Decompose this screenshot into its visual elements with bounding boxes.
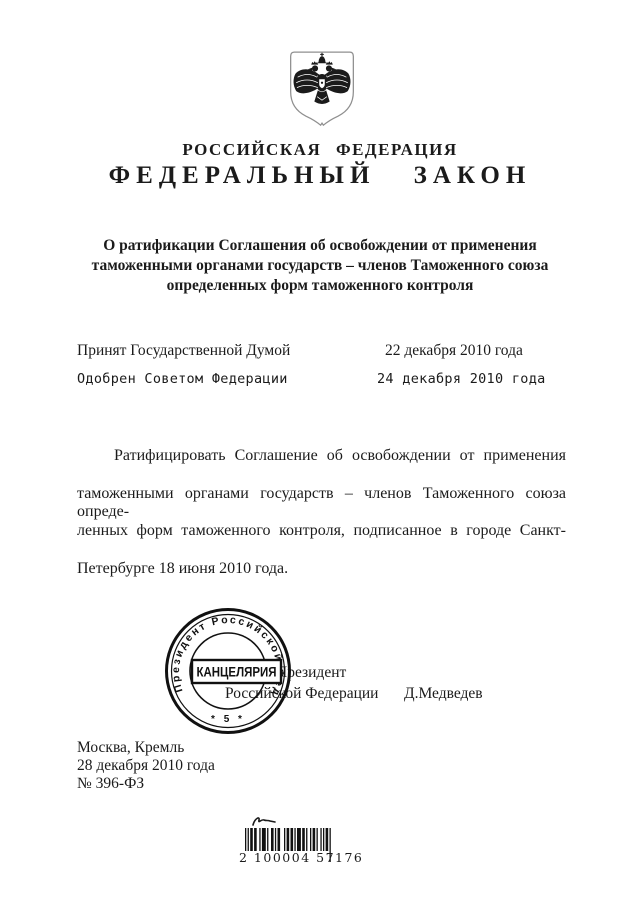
council-approval-date: 24 декабря 2010 года bbox=[377, 371, 546, 387]
signature-post-line1: Президент bbox=[276, 664, 346, 682]
document-type-heading: ФЕДЕРАЛЬНЫЙ ЗАКОН bbox=[0, 162, 640, 190]
body-line: Петербурге 18 июня 2010 года. bbox=[77, 560, 566, 598]
law-title-line-1: О ратификации Соглашения об освобождении… bbox=[0, 236, 640, 256]
footer-date: 28 декабря 2010 года bbox=[77, 757, 215, 775]
country-heading: РОССИЙСКАЯ ФЕДЕРАЦИЯ bbox=[0, 140, 640, 160]
body-line: ленных форм таможенного контроля, подпис… bbox=[77, 522, 566, 560]
body-line: таможенными органами государств – членов… bbox=[77, 485, 566, 523]
handwritten-mark-icon bbox=[251, 815, 277, 827]
council-approval-label: Одобрен Советом Федерации bbox=[77, 371, 288, 387]
stamp-bottom-text: * 5 * bbox=[211, 714, 245, 725]
law-document-page: РОССИЙСКАЯ ФЕДЕРАЦИЯ ФЕДЕРАЛЬНЫЙ ЗАКОН О… bbox=[0, 0, 640, 905]
duma-adoption-label: Принят Государственной Думой bbox=[77, 342, 290, 360]
signature-post-line2: Российской Федерации bbox=[225, 685, 378, 703]
footer-law-number: № 396-ФЗ bbox=[77, 775, 144, 793]
footer-place: Москва, Кремль bbox=[77, 739, 184, 757]
signature-name: Д.Медведев bbox=[404, 685, 483, 703]
law-title: О ратификации Соглашения об освобождении… bbox=[0, 236, 640, 296]
stamp-center-label: КАНЦЕЛЯРИЯ bbox=[197, 665, 277, 680]
law-body-paragraph: Ратифицировать Соглашение об освобождени… bbox=[77, 447, 566, 597]
stamp-center-box bbox=[192, 660, 281, 683]
law-title-line-3: определенных форм таможенного контроля bbox=[0, 276, 640, 296]
law-title-line-2: таможенными органами государств – членов… bbox=[0, 256, 640, 276]
body-line: Ратифицировать Соглашение об освобождени… bbox=[77, 447, 566, 485]
duma-adoption-date: 22 декабря 2010 года bbox=[385, 342, 523, 360]
coat-of-arms-icon bbox=[287, 50, 357, 128]
barcode-digits: 2 100004 57176 bbox=[239, 850, 363, 865]
